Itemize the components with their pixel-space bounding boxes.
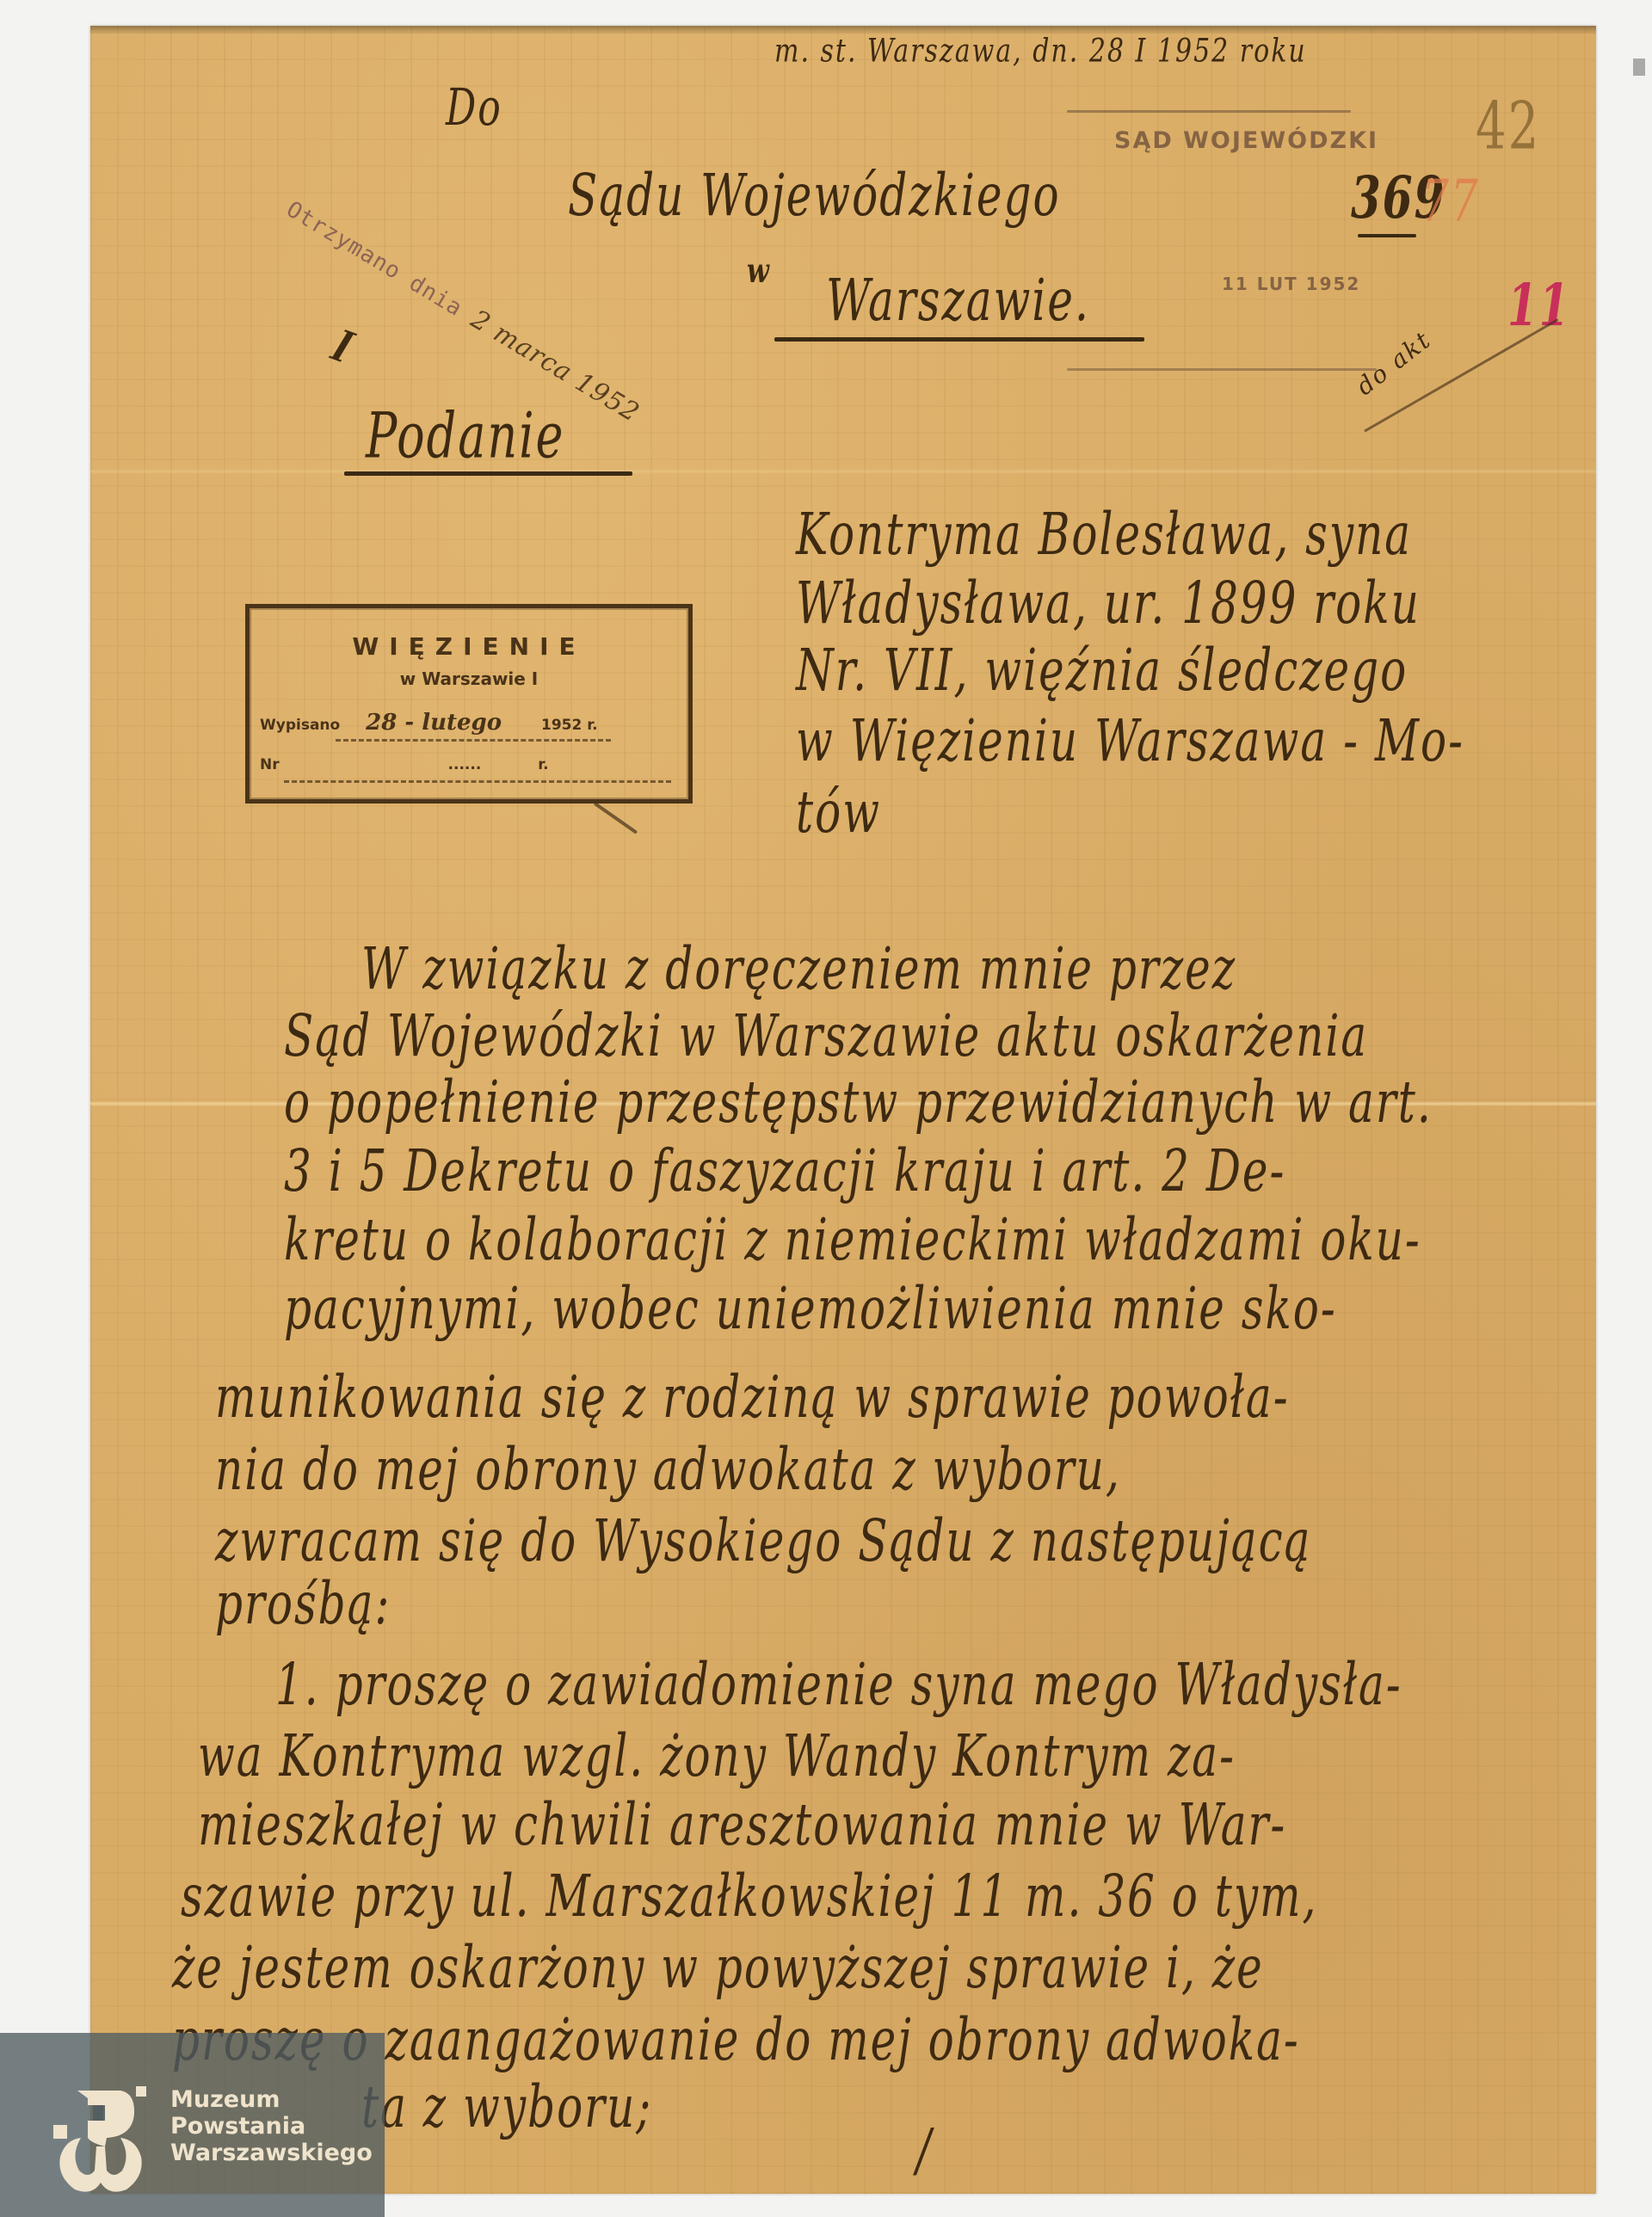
prison-stamp-row-1: Wypisano 28 - lutego 1952 r. [260, 710, 676, 736]
fold-line-upper [90, 469, 1596, 474]
prison-stamp-row1-year: 1952 r. [541, 717, 598, 734]
scan-edge-mark [1633, 59, 1645, 76]
city-underline [774, 337, 1144, 342]
museum-name-line-2: Powstania [170, 2113, 373, 2140]
document-title: Podanie [366, 399, 564, 472]
prison-stamp: WIĘZIENIE w Warszawie I Wypisano 28 - lu… [245, 604, 693, 804]
prison-stamp-row1-line [336, 739, 611, 742]
museum-name-line-1: Muzeum [170, 2086, 373, 2113]
red-pencil-number: 77 [1421, 168, 1480, 235]
body-line-11: 1. proszę o zawiadomienie syna mego Wład… [275, 1651, 1402, 1718]
body-line-8: nia do mej obrony adwokata z wyboru, [215, 1436, 1121, 1503]
body-line-5: kretu o kolaboracji z niemieckimi władza… [284, 1206, 1421, 1273]
prison-stamp-row2-line [284, 780, 671, 783]
closing-mark: / [916, 2116, 933, 2183]
museum-name: Muzeum Powstania Warszawskiego [170, 2086, 373, 2166]
prison-stamp-row1-label: Wypisano [260, 717, 340, 734]
register-underline [1358, 234, 1416, 237]
prison-stamp-row1-value: 28 - lutego [366, 710, 502, 736]
body-line-3: o popełnienie przestępstw przewidzianych… [284, 1068, 1433, 1136]
museum-watermark: Muzeum Powstania Warszawskiego [0, 2033, 385, 2217]
body-line-7: munikowania się z rodziną w sprawie powo… [215, 1364, 1290, 1431]
body-line-4: 3 i 5 Dekretu o faszyzacji kraju i art. … [284, 1137, 1285, 1204]
body-line-12: wa Kontryma wzgl. żony Wandy Kontrym za- [198, 1722, 1236, 1789]
header-date-line: m. st. Warszawa, dn. 28 I 1952 roku [774, 33, 1307, 71]
addressee-in: w [747, 252, 771, 292]
prison-stamp-row2-end: r. [538, 756, 548, 773]
prison-stamp-row-2: Nr ...... r. [260, 756, 676, 773]
addressee-to: Do [446, 78, 502, 138]
sender-line-5: tów [796, 779, 881, 846]
body-line-17: ta z wyboru; [361, 2073, 652, 2140]
addressee-city: Warszawie. [826, 267, 1090, 334]
title-underline [344, 471, 632, 476]
court-stamp-date: 11 LUT 1952 [1222, 274, 1360, 294]
body-line-2: Sąd Wojewódzki w Warszawie aktu oskarżen… [284, 1002, 1368, 1069]
court-stamp-bottom-rule [1067, 368, 1377, 371]
prison-stamp-subtitle: w Warszawie I [250, 668, 688, 689]
court-stamp-top-rule [1067, 110, 1351, 113]
addressee-court: Sądu Wojewódzkiego [568, 162, 1061, 229]
body-line-6: pacyjnymi, wobec uniemożliwienia mnie sk… [284, 1275, 1337, 1342]
page-number: 42 [1476, 89, 1540, 165]
sender-line-4: w Więzieniu Warszawa - Mo- [796, 707, 1464, 774]
museum-name-line-3: Warszawskiego [170, 2140, 373, 2166]
sender-line-2: Władysława, ur. 1899 roku [796, 570, 1421, 637]
prison-stamp-row2-mid: ...... [448, 756, 482, 773]
prison-stamp-row2-label: Nr [260, 756, 280, 773]
body-line-10: prośbą: [215, 1570, 391, 1637]
kotwica-logo-icon [53, 2086, 148, 2194]
body-line-15: że jestem oskarżony w powyższej sprawie … [172, 1934, 1264, 2001]
court-stamp-title: SĄD WOJEWÓDZKI [1114, 127, 1378, 154]
prison-stamp-title: WIĘZIENIE [250, 632, 688, 661]
sender-line-3: Nr. VII, więźnia śledczego [796, 637, 1408, 704]
body-line-9: zwracam się do Wysokiego Sądu z następuj… [215, 1507, 1311, 1574]
sender-line-1: Kontryma Bolesława, syna [796, 501, 1412, 568]
body-line-14: szawie przy ul. Marszałkowskiej 11 m. 36… [181, 1863, 1317, 1930]
body-line-13: mieszkałej w chwili aresztowania mnie w … [198, 1791, 1286, 1858]
body-line-1: W związku z doręczeniem mnie przez [361, 935, 1236, 1002]
